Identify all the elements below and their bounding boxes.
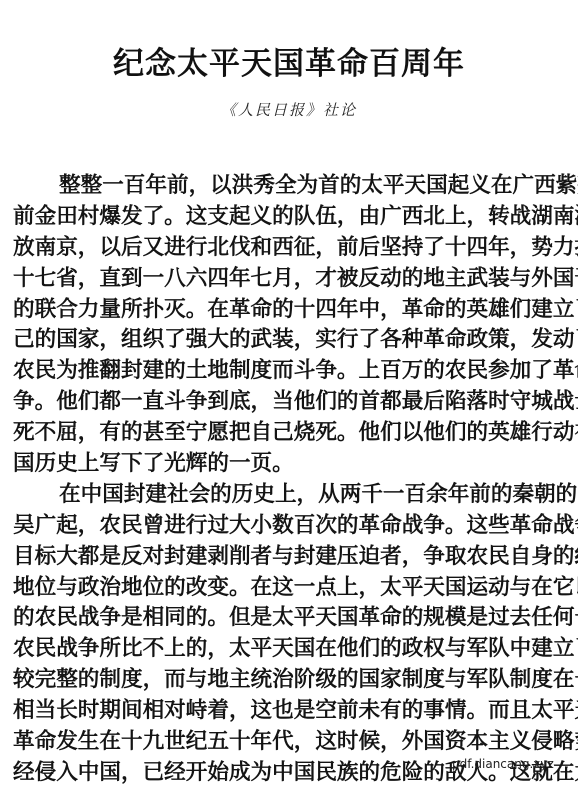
text-line: 己的国家，组织了强大的武装，实行了各种革命政策，发动了广大 [13, 325, 558, 356]
text-line: 死不屈，有的甚至宁愿把自己烧死。他们以他们的英雄行动在中 [13, 418, 558, 449]
text-line: 的联合力量所扑灭。在革命的十四年中，革命的英雄们建立了自 [13, 295, 558, 326]
article-body: 整整一百年前，以洪秀全为首的太平天国起义在广西紫荆山 前金田村爆发了。这支起义的… [13, 171, 558, 789]
text-line: 放南京，以后又进行北伐和西征，前后坚持了十四年，势力扩展到 [13, 233, 558, 264]
article-byline: 《人民日报》社论 [0, 99, 578, 121]
text-line: 在中国封建社会的历史上，从两千一百余年前的秦朝的陈胜 [13, 480, 558, 511]
text-line: 革命发生在十九世纪五十年代，这时候，外国资本主义侵略势力已 [13, 727, 558, 758]
text-line: 地位与政治地位的改变。在这一点上，太平天国运动与在它以前 [13, 573, 558, 604]
text-line: 十七省，直到一八六四年七月，才被反动的地主武装与外国干涉者 [13, 264, 558, 295]
text-line: 较完整的制度，而与地主统治阶级的国家制度与军队制度在一个 [13, 665, 558, 696]
text-line: 目标大都是反对封建剥削者与封建压迫者，争取农民自身的经济 [13, 542, 558, 573]
text-line: 农民为推翻封建的土地制度而斗争。上百万的农民参加了革命战 [13, 356, 558, 387]
text-line: 争。他们都一直斗争到底，当他们的首都最后陷落时守城战士至 [13, 387, 558, 418]
text-line: 国历史上写下了光辉的一页。 [13, 449, 558, 480]
text-line: 整整一百年前，以洪秀全为首的太平天国起义在广西紫荆山 [13, 171, 558, 202]
article-title: 纪念太平天国革命百周年 [0, 44, 578, 84]
text-line: 的农民战争是相同的。但是太平天国革命的规模是过去任何一次 [13, 603, 558, 634]
text-line: 农民战争所比不上的，太平天国在他们的政权与军队中建立了比 [13, 634, 558, 665]
text-line: 吴广起，农民曾进行过大小数百次的革命战争。这些革命战争的 [13, 511, 558, 542]
text-line: 相当长时期间相对峙着，这也是空前未有的事情。而且太平天国 [13, 696, 558, 727]
text-line: 前金田村爆发了。这支起义的队伍，由广西北上，转战湖南湖北，解 [13, 202, 558, 233]
watermark: pdf.diancang.xyz [452, 757, 554, 771]
document-page: 纪念太平天国革命百周年 《人民日报》社论 整整一百年前，以洪秀全为首的太平天国起… [0, 0, 578, 802]
